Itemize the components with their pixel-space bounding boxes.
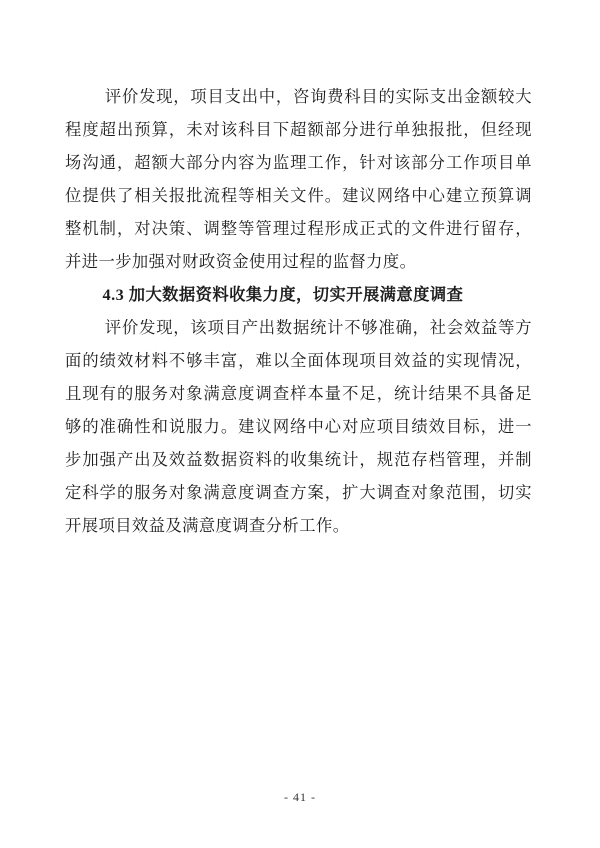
page-number: - 41 - bbox=[284, 790, 316, 804]
document-page: 评价发现，项目支出中，咨询费科目的实际支出金额较大程度超出预算，未对该科目下超额… bbox=[0, 0, 600, 848]
paragraph-budget-adjustment: 评价发现，项目支出中，咨询费科目的实际支出金额较大程度超出预算，未对该科目下超额… bbox=[65, 80, 532, 278]
page-content: 评价发现，项目支出中，咨询费科目的实际支出金额较大程度超出预算，未对该科目下超额… bbox=[65, 80, 532, 542]
page-footer: - 41 - bbox=[0, 788, 600, 806]
section-heading-4-3: 4.3 加大数据资料收集力度，切实开展满意度调查 bbox=[65, 278, 532, 311]
paragraph-data-collection: 评价发现，该项目产出数据统计不够准确，社会效益等方面的绩效材料不够丰富，难以全面… bbox=[65, 311, 532, 542]
